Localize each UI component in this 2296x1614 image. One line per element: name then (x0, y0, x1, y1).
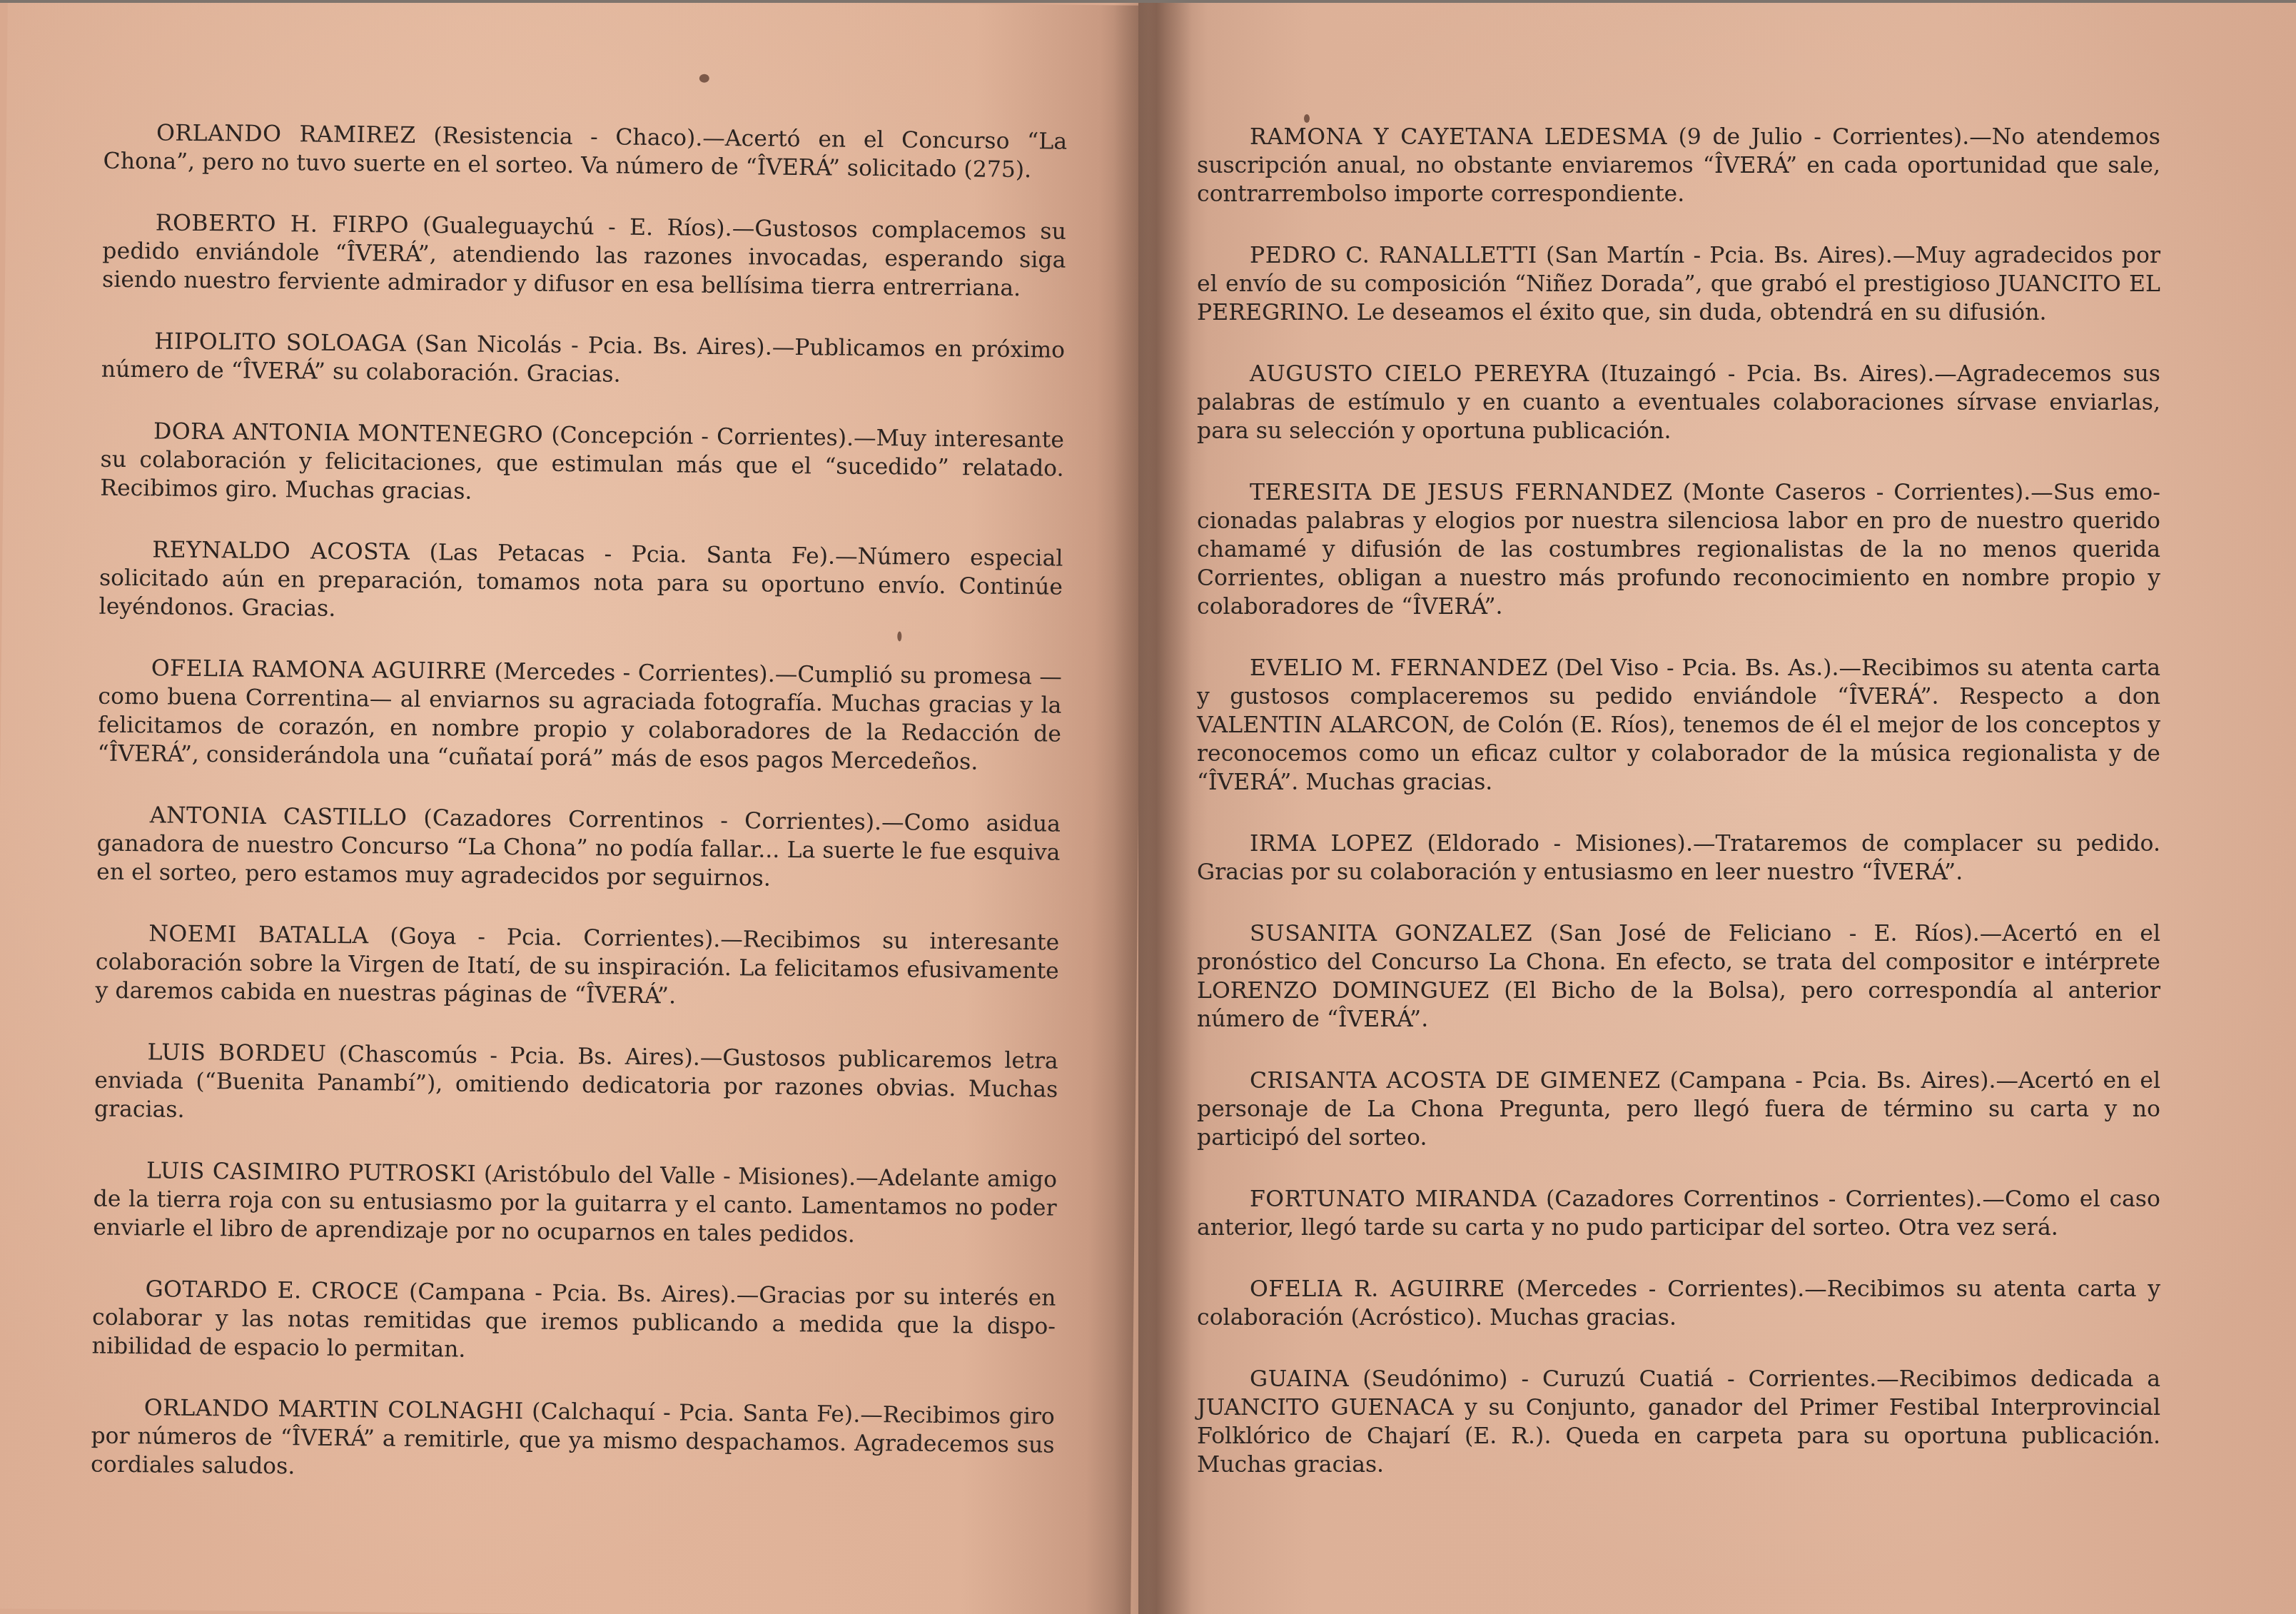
letter-entry: GUAINA (Seudónimo) - Curuzú Cuatiá - Cor… (1197, 1365, 2160, 1479)
correspondent-name: IRMA LOPEZ (1250, 831, 1413, 857)
em-dash: — (1982, 1186, 2005, 1212)
correspondent-name: NOEMI BATALLA (148, 921, 369, 949)
correspondent-name: OFELIA RAMONA AGUIRRE (151, 655, 487, 685)
correspondent-location: (Mercedes - Corrientes). (1517, 1276, 1805, 1302)
letter-entry: FORTUNATO MIRANDA (Cazadores Correntinos… (1197, 1185, 2160, 1242)
em-dash: — (1693, 831, 1716, 857)
correspondent-location: (Las Petacas - Pcia. Santa Fe). (429, 540, 835, 569)
correspondent-location: (Chascomús - Pcia. Bs. Aires). (338, 1041, 700, 1071)
em-dash: — (860, 1402, 883, 1428)
em-dash: — (1980, 921, 2003, 947)
correspondent-location: (Goya - Pcia. Corrientes). (390, 924, 720, 952)
letter-entry: NOEMI BATALLA (Goya - Pcia. Corrientes).… (95, 919, 1059, 1014)
em-dash: — (881, 809, 904, 835)
em-dash: — (732, 216, 755, 241)
correspondent-name: ROBERTO H. FIRPO (156, 210, 409, 238)
correspondent-location: (Monte Caseros - Corrientes). (1683, 480, 2031, 505)
right-page: RAMONA Y CAYETANA LEDESMA (9 de Julio - … (1138, 0, 2296, 1614)
letter-entry: LUIS CASIMIRO PUTROSKI (Aristóbulo del V… (93, 1156, 1057, 1251)
correspondent-location: (Ituzaingó - Pcia. Bs. Aires). (1600, 361, 1934, 387)
correspondent-name: SUSANITA GONZALEZ (1250, 921, 1532, 947)
correspondent-name: REYNALDO ACOSTA (152, 537, 410, 565)
correspondent-location: (Campana - Pcia. Bs. Aires). (1669, 1068, 1996, 1094)
letter-entry: RAMONA Y CAYETANA LEDESMA (9 de Julio - … (1197, 123, 2160, 208)
ink-speck (699, 74, 709, 83)
correspondent-location: (Campana - Pcia. Bs. Aires). (409, 1279, 737, 1308)
correspondent-name: AUGUSTO CIELO PEREYRA (1250, 361, 1589, 387)
em-dash: — (1969, 124, 1992, 150)
em-dash: — (737, 1282, 759, 1308)
correspondent-name: GOTARDO E. CROCE (145, 1276, 400, 1304)
letter-entry: GOTARDO E. CROCE (Campana - Pcia. Bs. Ai… (92, 1275, 1056, 1370)
correspondent-location: (Cazadores Correntinos - Corrientes). (423, 805, 881, 835)
left-page-correspondence-column: ORLANDO RAMIREZ (Resistencia - Chaco).—A… (90, 118, 1067, 1521)
correspondent-name: EVELIO M. FERNANDEZ (1250, 655, 1548, 681)
correspondent-name: ORLANDO MARTIN COLNAGHI (144, 1395, 524, 1424)
letter-entry: OFELIA RAMONA AGUIRRE (Mercedes - Corrie… (97, 654, 1061, 777)
correspondent-location: (Mercedes - Corrientes). (495, 659, 775, 687)
correspondent-name: ORLANDO RAMIREZ (156, 120, 416, 148)
em-dash: — (1996, 1068, 2018, 1094)
correspondent-name: DORA ANTONIA MONTENEGRO (153, 418, 543, 448)
correspondent-location: (Gualeguaychú - E. Ríos). (423, 213, 732, 241)
correspondent-location: (San Nicolás - Pcia. Bs. Aires). (415, 331, 772, 360)
letter-entry: HIPOLITO SOLOAGA (San Nicolás - Pcia. Bs… (101, 327, 1066, 393)
letter-entry: IRMA LOPEZ (Eldorado - Misiones).—Tratar… (1197, 829, 2160, 887)
correspondent-location: (9 de Julio - Corrientes). (1679, 124, 1970, 150)
em-dash: — (775, 662, 798, 687)
magazine-spread: ORLANDO RAMIREZ (Resistencia - Chaco).—A… (0, 0, 2296, 1614)
letter-entry: ANTONIA CASTILLO (Cazadores Correntinos … (96, 801, 1061, 896)
correspondent-name: LUIS CASIMIRO PUTROSKI (146, 1158, 477, 1186)
em-dash: — (772, 335, 795, 360)
correspondent-name: RAMONA Y CAYETANA LEDESMA (1250, 124, 1667, 150)
correspondent-name: LUIS BORDEU (147, 1039, 326, 1066)
em-dash: — (720, 927, 743, 952)
em-dash: — (1804, 1276, 1827, 1302)
correspondent-location: (Concepción - Corrientes). (551, 423, 854, 451)
correspondent-name: ANTONIA CASTILLO (150, 802, 408, 830)
correspondent-location: (Del Viso - Pcia. Bs. As.). (1556, 655, 1839, 681)
correspondent-name: CRISANTA ACOSTA DE GIMENEZ (1250, 1068, 1661, 1094)
letter-entry: LUIS BORDEU (Chascomús - Pcia. Bs. Aires… (94, 1038, 1058, 1133)
letter-entry: ORLANDO RAMIREZ (Resistencia - Chaco).—A… (103, 118, 1067, 185)
left-page: ORLANDO RAMIREZ (Resistencia - Chaco).—A… (0, 0, 1146, 1614)
em-dash: — (1839, 655, 1862, 681)
correspondent-name: GUAINA (1250, 1366, 1349, 1392)
correspondent-name: HIPOLITO SOLOAGA (154, 328, 406, 356)
correspondent-name: TERESITA DE JESUS FERNANDEZ (1250, 480, 1673, 505)
em-dash: — (1934, 361, 1957, 387)
em-dash: — (1893, 243, 1916, 268)
em-dash: — (2031, 480, 2053, 505)
correspondent-location: (Cazadores Correntinos - Corrientes). (1546, 1186, 1982, 1212)
letter-entry: EVELIO M. FERNANDEZ (Del Viso - Pcia. Bs… (1197, 654, 2160, 797)
letter-entry: CRISANTA ACOSTA DE GIMENEZ (Campana - Pc… (1197, 1066, 2160, 1152)
correspondent-location: (Resistencia - Chaco). (433, 123, 702, 151)
letter-entry: TERESITA DE JESUS FERNANDEZ (Monte Caser… (1197, 478, 2160, 621)
correspondent-location: (Eldorado - Misiones). (1427, 831, 1692, 857)
letter-entry: OFELIA R. AGUIRRE (Mercedes - Corrientes… (1197, 1275, 2160, 1332)
letter-entry: ROBERTO H. FIRPO (Gualeguaychú - E. Ríos… (102, 208, 1066, 303)
em-dash: — (700, 1045, 723, 1071)
letter-entry: SUSANITA GONZALEZ (San José de Feliciano… (1197, 919, 2160, 1034)
em-dash: — (702, 126, 725, 151)
letter-entry: ORLANDO MARTIN COLNAGHI (Calchaquí - Pci… (91, 1393, 1055, 1488)
em-dash: — (856, 1165, 879, 1191)
correspondent-location: (Calchaquí - Pcia. Santa Fe). (532, 1399, 860, 1428)
correspondent-name: OFELIA R. AGUIRRE (1250, 1276, 1505, 1302)
correspondent-location: (Seudónimo) - Curuzú Cuatiá - Corrientes… (1362, 1366, 1876, 1392)
em-dash: — (854, 425, 876, 451)
correspondent-location: (Aristóbulo del Valle - Misiones). (484, 1161, 856, 1191)
correspondent-location: (San José de Feliciano - E. Ríos). (1549, 921, 1980, 947)
correspondent-location: (San Martín - Pcia. Bs. Aires). (1546, 243, 1893, 268)
right-page-correspondence-column: RAMONA Y CAYETANA LEDESMA (9 de Julio - … (1197, 123, 2160, 1512)
letter-entry: AUGUSTO CIELO PEREYRA (Ituzaingó - Pcia.… (1197, 360, 2160, 445)
ink-speck (1304, 114, 1310, 123)
letter-entry: PEDRO C. RANALLETTI (San Martín - Pcia. … (1197, 241, 2160, 327)
em-dash: — (835, 544, 858, 570)
letter-entry: REYNALDO ACOSTA (Las Petacas - Pcia. San… (98, 535, 1063, 630)
scan-top-edge (0, 0, 2296, 3)
correspondent-name: PEDRO C. RANALLETTI (1250, 243, 1537, 268)
em-dash: — (1876, 1366, 1899, 1392)
letter-entry: DORA ANTONIA MONTENEGRO (Concepción - Co… (100, 417, 1064, 512)
correspondent-name: FORTUNATO MIRANDA (1250, 1186, 1537, 1212)
